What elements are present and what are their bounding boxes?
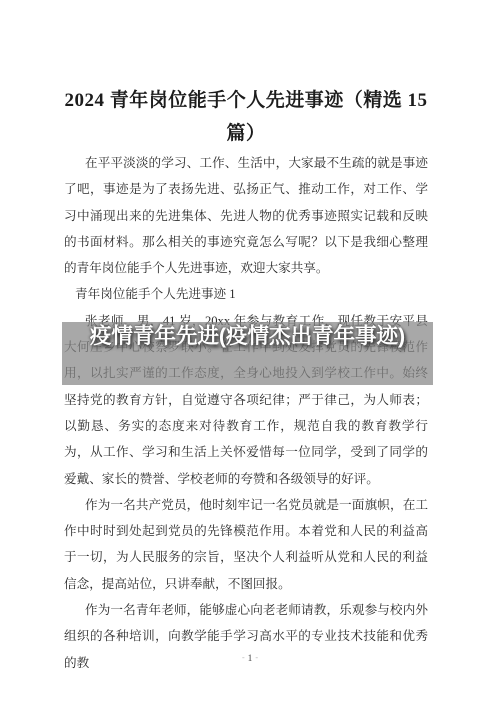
paragraph-intro: 在平平淡淡的学习、工作、生活中，大家最不生疏的就是事迹了吧，事迹是为了表扬先进、…	[64, 150, 428, 281]
document-page: 2024 青年岗位能手个人先进事迹（精选 15 篇） 在平平淡淡的学习、工作、生…	[0, 0, 500, 706]
document-title-text: 2024 青年岗位能手个人先进事迹（精选 15 篇）	[64, 90, 427, 145]
document-title: 2024 青年岗位能手个人先进事迹（精选 15 篇）	[64, 84, 428, 151]
document-body: 在平平淡淡的学习、工作、生活中，大家最不生疏的就是事迹了吧，事迹是为了表扬先进、…	[64, 150, 428, 676]
footer-page-number: 1	[248, 654, 253, 664]
section-heading-1: 青年岗位能手个人先进事迹 1	[64, 281, 428, 307]
watermark-banner: 疫情青年先进(疫情杰出青年事迹)	[62, 322, 433, 385]
footer-right-dash: -	[255, 653, 258, 662]
footer-left-dash: -	[242, 653, 245, 662]
page-footer: -1-	[0, 652, 500, 665]
watermark-text: 疫情青年先进(疫情杰出青年事迹)	[78, 323, 418, 349]
paragraph-party-member: 作为一名共产党员，他时刻牢记一名党员就是一面旗帜，在工作中时时到处起到党员的先锋…	[64, 492, 428, 597]
